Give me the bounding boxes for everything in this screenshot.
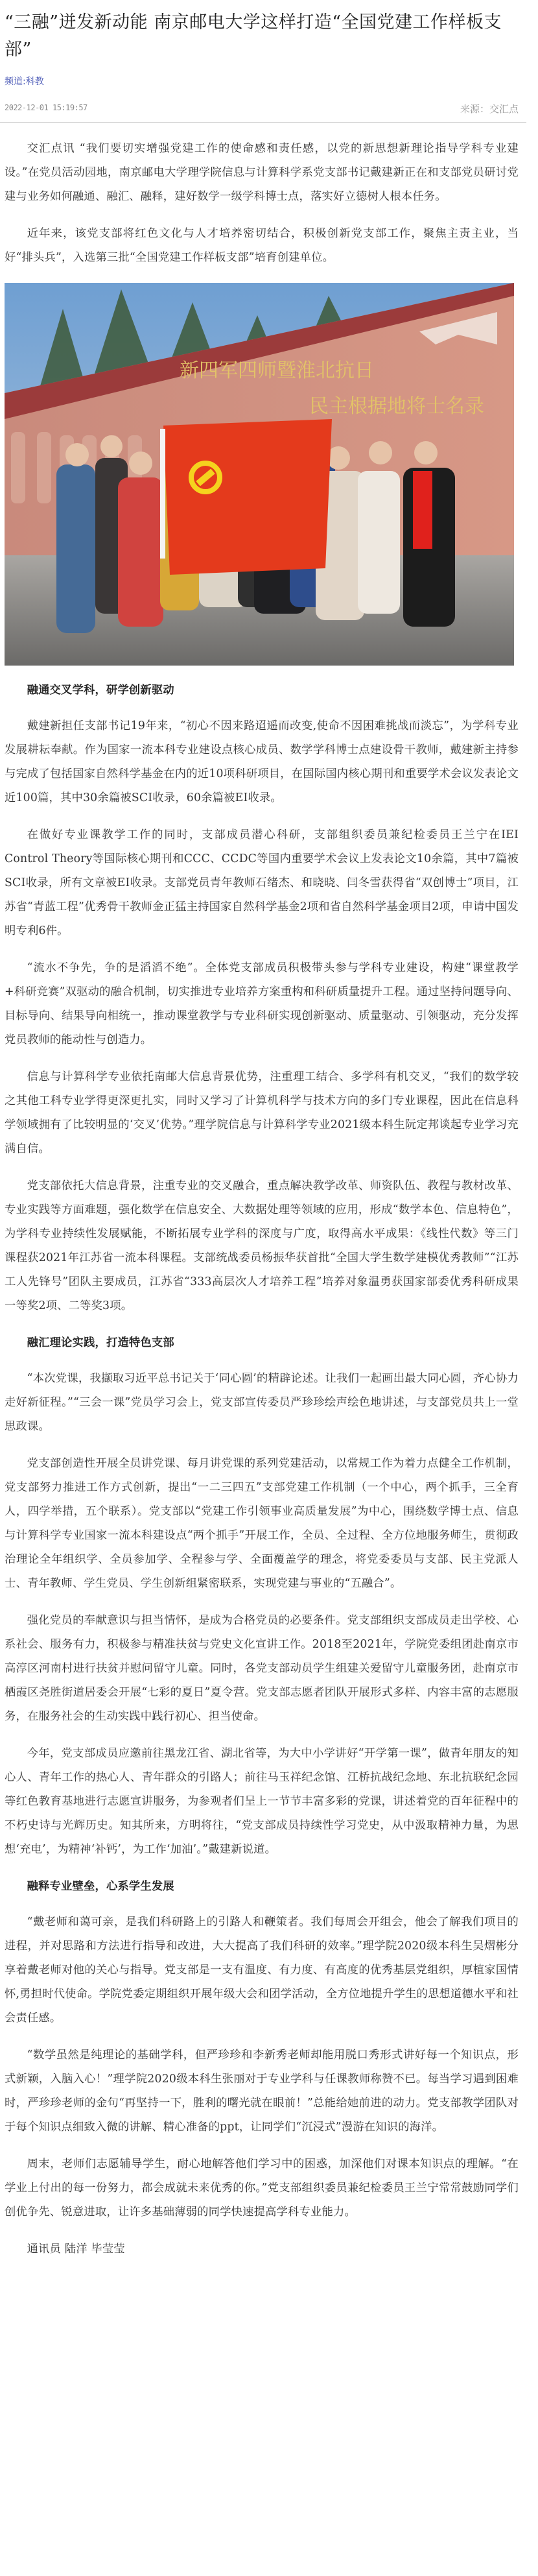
channel-link[interactable]: 频道:科教 [5,77,44,87]
paragraph: 今年，党支部成员应邀前往黑龙江省、湖北省等，为大中小学讲好“开学第一课”，做青年… [5,1742,519,1862]
paragraph: 戴建新担任支部书记19年来，“初心不因来路迢遥而改变,使命不因困难挑战而淡忘”，… [5,714,519,810]
paragraph: 周末，老师们志愿辅导学生，耐心地解答他们学习中的困惑，加深他们对课本知识点的理解… [5,2152,519,2224]
group-photo-image: 新四军四师暨淮北抗日 民主根据地将士名录 [5,283,514,666]
section-heading: 融通交叉学科，研学创新驱动 [5,679,519,703]
paragraph: 强化党员的奉献意识与担当情怀，是成为合格党员的必要条件。党支部组织支部成员走出学… [5,1609,519,1729]
article-photo: 新四军四师暨淮北抗日 民主根据地将士名录 [5,283,514,666]
publish-date: 2022-12-01 15:19:57 [5,103,88,112]
section-heading: 融汇理论实践，打造特色支部 [5,1331,519,1355]
paragraph: 在做好专业课教学工作的同时，支部成员潜心科研，支部组织委员兼纪检委员王兰宁在IE… [5,823,519,943]
paragraph: “本次党课，我撷取习近平总书记关于‘同心圆’的精辟论述。让我们一起画出最大同心圆… [5,1367,519,1439]
svg-text:新四军四师暨淮北抗日: 新四军四师暨淮北抗日 [180,359,374,382]
paragraph: 交汇点讯 “我们要切实增强党建工作的使命感和责任感，以党的新思想新理论指导学科专… [5,137,519,209]
paragraph: “数学虽然是纯理论的基础学科，但严珍珍和李新秀老师却能用脱口秀形式讲好每一个知识… [5,2043,519,2139]
party-flag [160,419,332,575]
section-heading: 融释专业壁垒，心系学生发展 [5,1875,519,1899]
article-title: “三融”迸发新动能 南京邮电大学这样打造“全国党建工作样板支部” [0,0,538,64]
byline: 通讯员 陆洋 毕莹莹 [5,2237,519,2261]
meta-row: 2022-12-01 15:19:57 来源：交汇点 [0,102,538,117]
paragraph: 党支部依托大信息背景，注重专业的交叉融合，重点解决教学改革、师资队伍、教程与教材… [5,1174,519,1318]
channel-line: 频道:科教 [0,75,538,88]
paragraph: 近年来，该党支部将红色文化与人才培养密切结合，积极创新党支部工作，聚焦主责主业，… [5,222,519,270]
svg-text:民主根据地将士名录: 民主根据地将士名录 [309,395,484,418]
article-page: “三融”迸发新动能 南京邮电大学这样打造“全国党建工作样板支部” 频道:科教 2… [0,0,538,2261]
article-body: 交汇点讯 “我们要切实增强党建工作的使命感和责任感，以党的新思想新理论指导学科专… [0,123,538,2261]
source-label: 来源：交汇点 [460,102,519,115]
paragraph: 信息与计算科学专业依托南邮大信息背景优势，注重理工结合、多学科有机交叉，“我们的… [5,1065,519,1161]
paragraph: “戴老师和蔼可亲，是我们科研路上的引路人和鞭策者。我们每周会开组会，他会了解我们… [5,1910,519,2030]
paragraph: “流水不争先，争的是滔滔不绝”。全体党支部成员积极带头参与学科专业建设，构建“课… [5,956,519,1052]
paragraph: 党支部创造性开展全员讲党课、每月讲党课的系列党建活动，以常规工作为着力点健全工作… [5,1452,519,1596]
